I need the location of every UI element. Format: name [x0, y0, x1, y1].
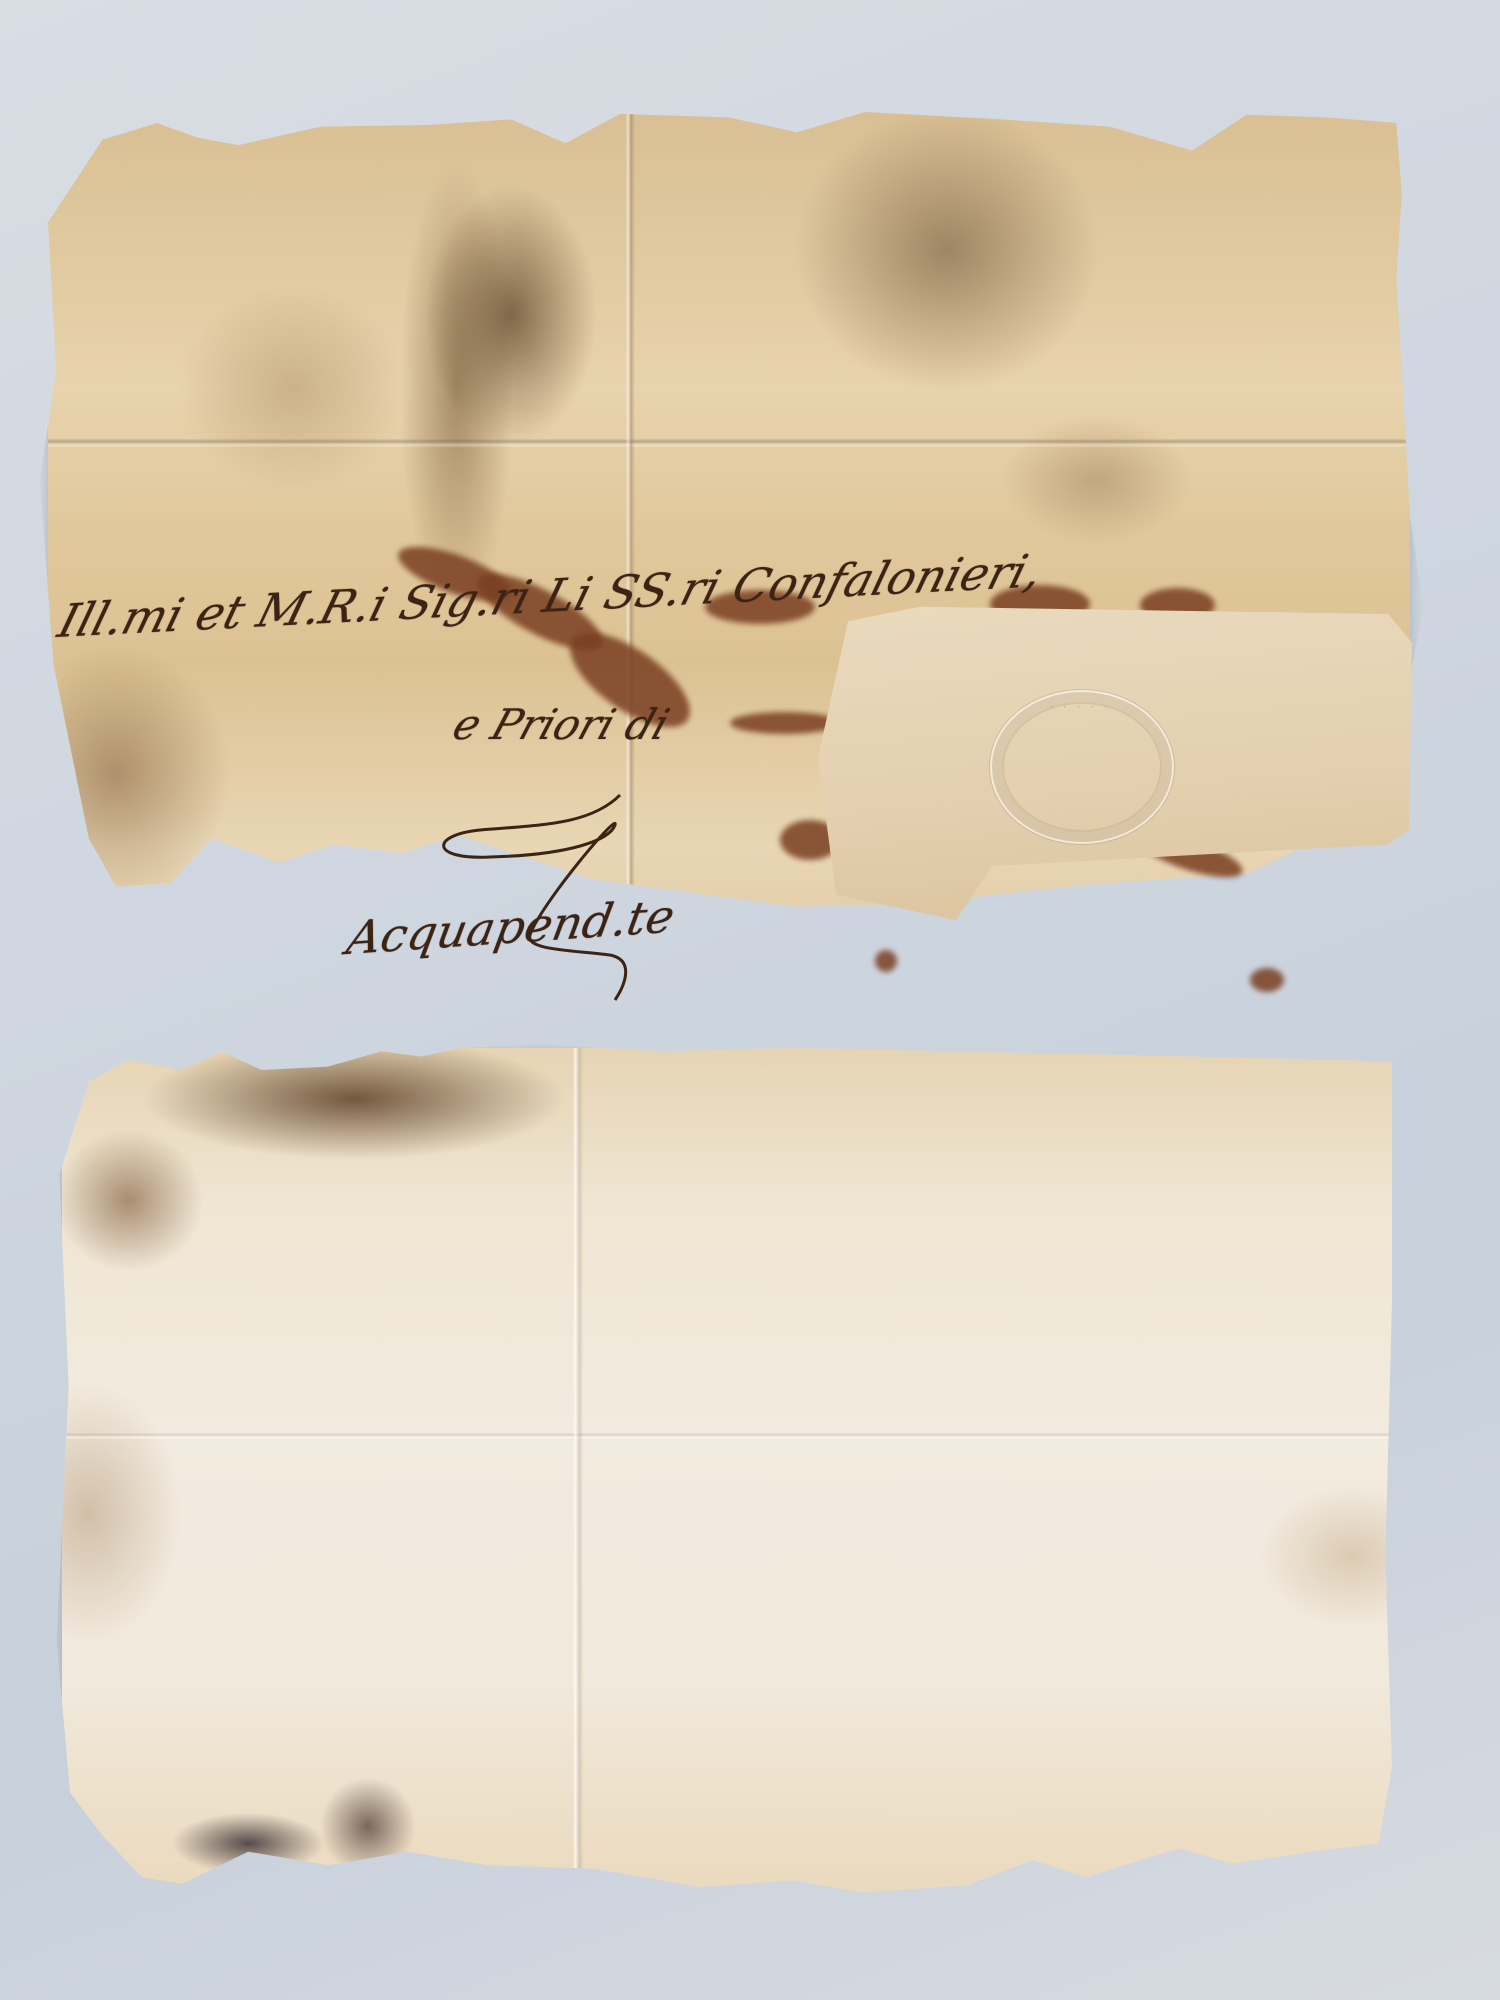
lower-sheet — [62, 1048, 1392, 1894]
seal-legend: · · · · · — [1020, 700, 1140, 714]
address-line-2: e Priori di — [447, 700, 675, 749]
document-photo: · · · · · Ill.mi et M.R.i Sig.ri Li SS.r… — [0, 0, 1500, 2000]
